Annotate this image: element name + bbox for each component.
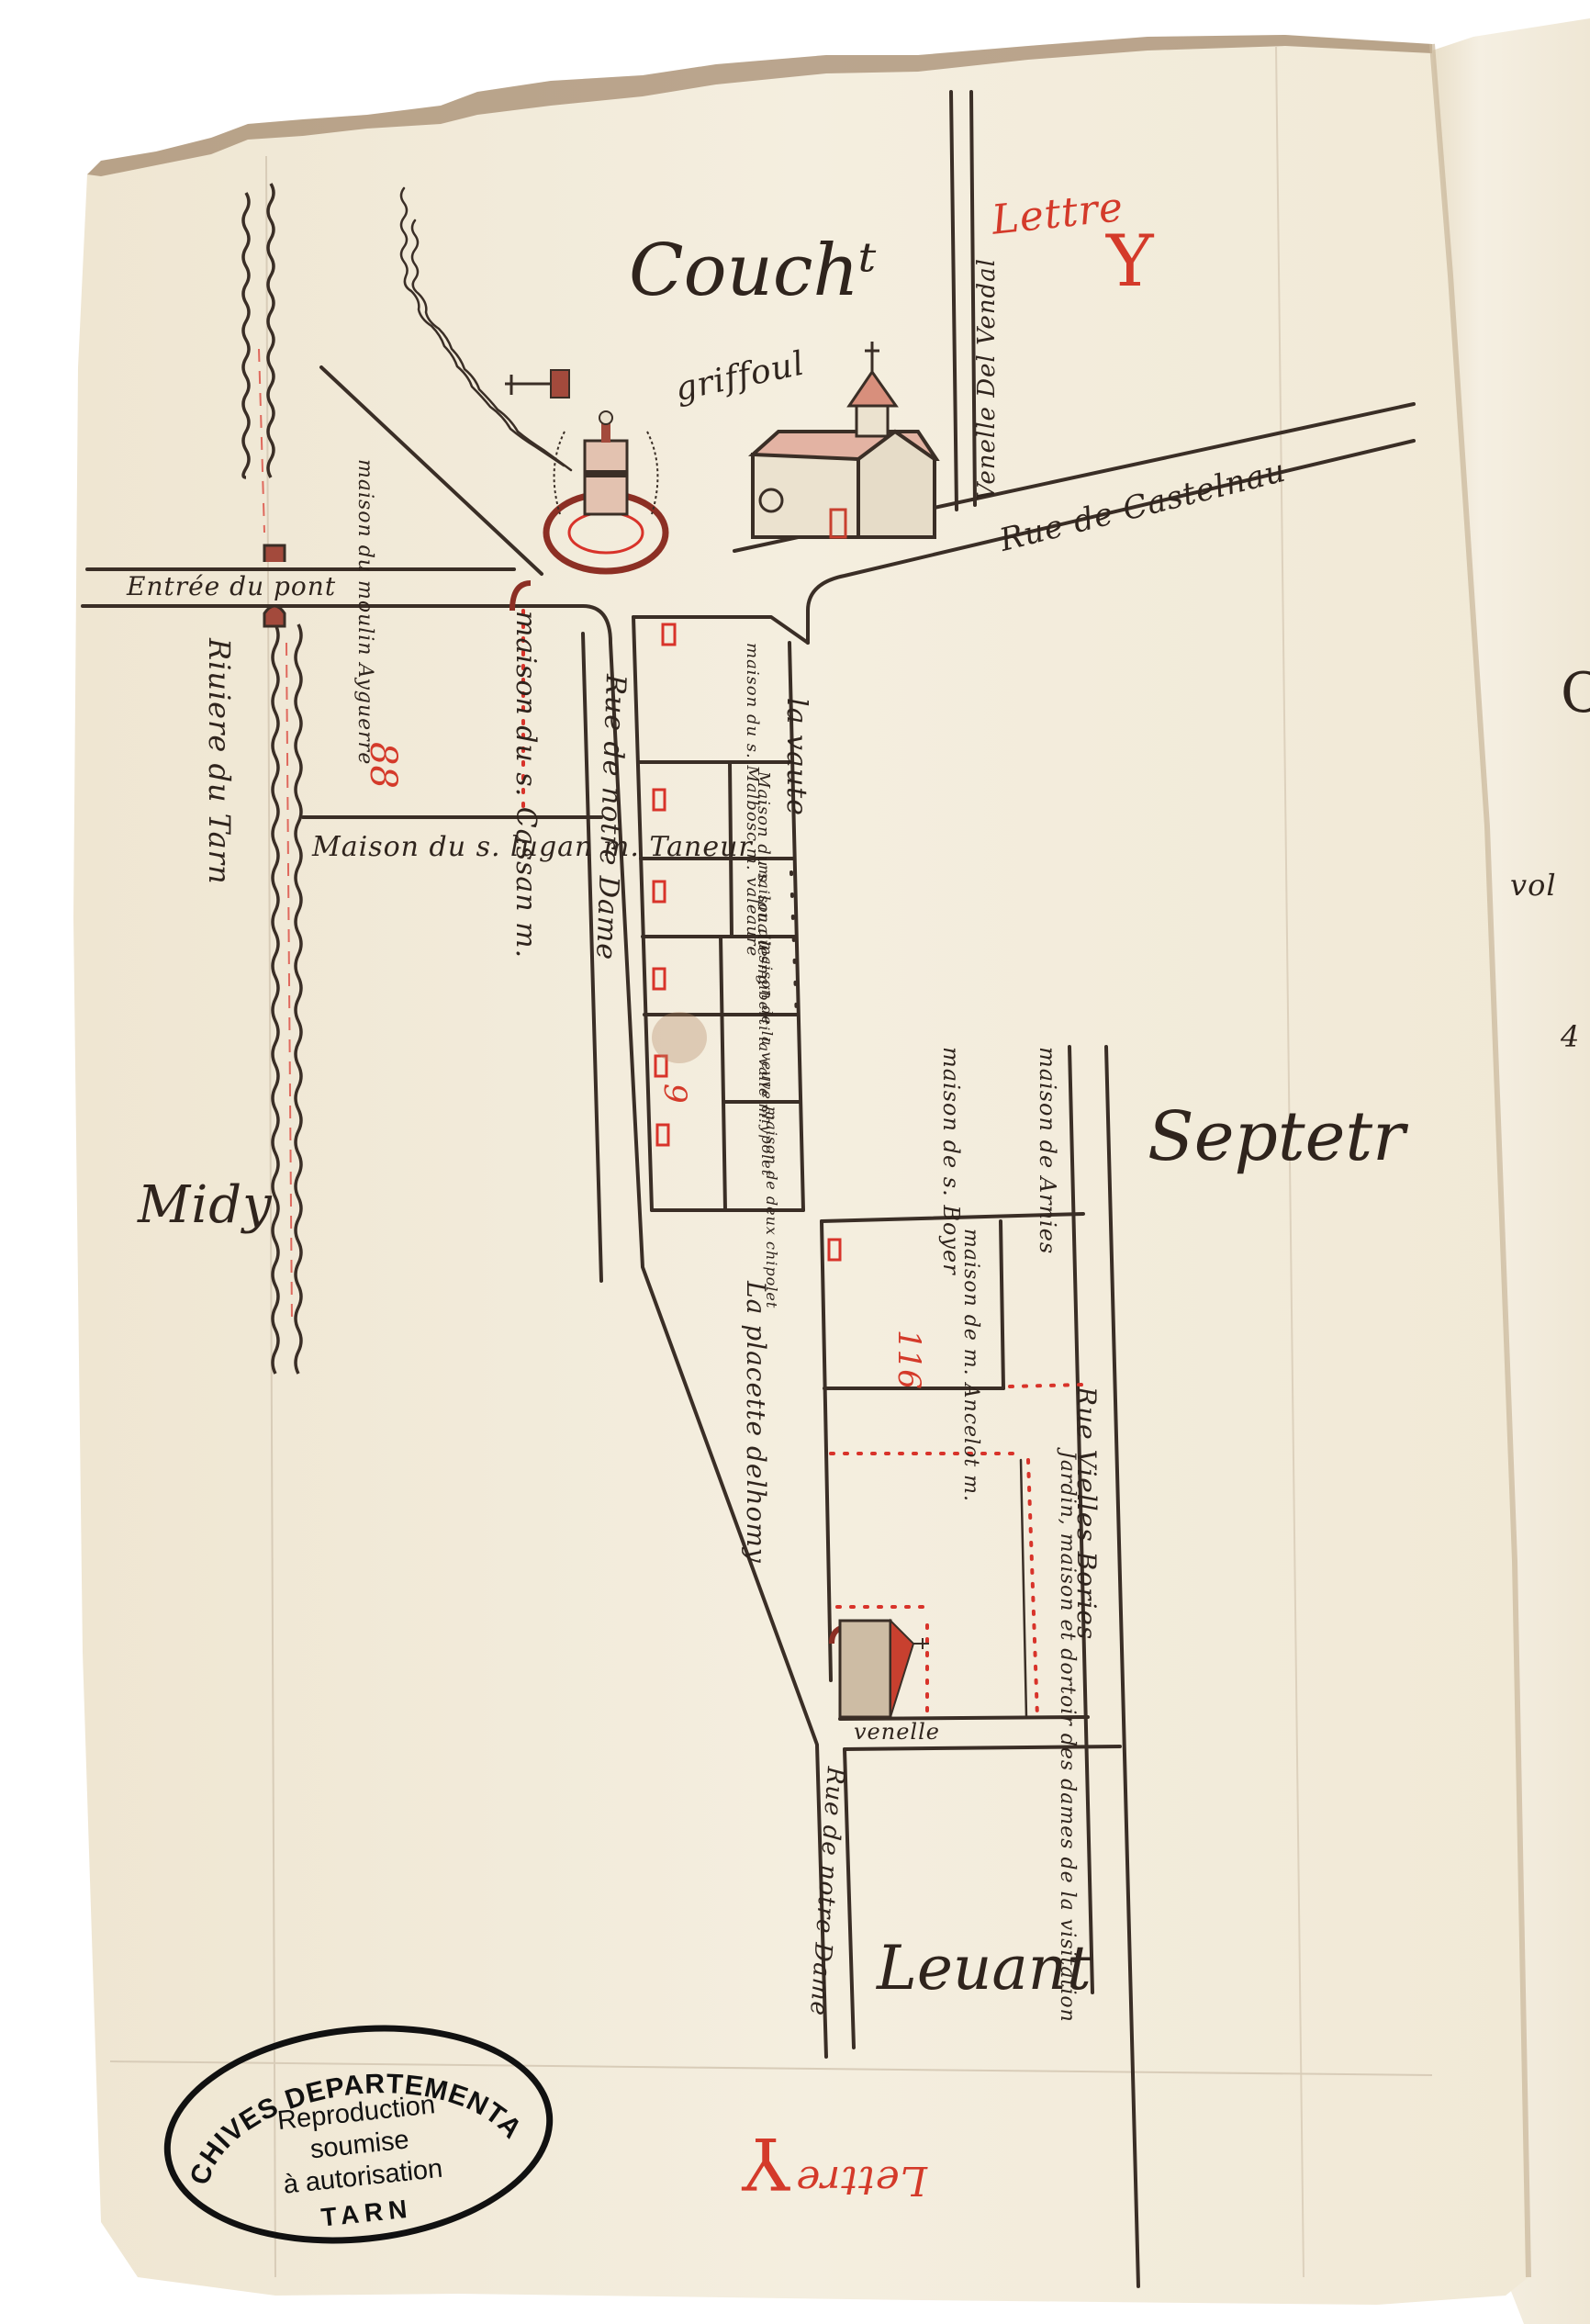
venelle-vendal-label: Venelle Del Vendal <box>973 258 1001 500</box>
adjacent-page-fragment-1: vol <box>1510 868 1557 903</box>
parcel-label-jardin: Jardin, maison et dortoir des dames de l… <box>1056 1451 1079 2023</box>
bridge-entrance-label: Entrée du pont <box>127 571 336 601</box>
venelle-label: venelle <box>854 1719 940 1745</box>
parcel-label-88: maison du s. Cassan m. <box>509 611 542 959</box>
adjacent-page-fragment-3: C <box>1561 661 1590 725</box>
parcel-number-88: 88 <box>362 742 404 789</box>
sheet-letter-bottom-prefix: Lettre <box>795 2157 927 2204</box>
compass-south-label: Midy <box>138 1175 273 1235</box>
compass-north-label: Septetr <box>1148 1097 1405 1176</box>
parcel-label-lugan: Maison du s. lugan m. Taneur <box>312 831 753 863</box>
moulin-label: maison du moulin Ayguerre <box>353 459 376 765</box>
adjacent-page-fragment-2: 4 <box>1561 1019 1580 1054</box>
sheet-letter-bottom: Y <box>742 2121 790 2204</box>
compass-west-label: Couchᵗ <box>629 230 877 312</box>
parcel-number-9: 9 <box>656 1083 693 1104</box>
river-tarn-label: Riuiere du Tarn <box>202 638 237 885</box>
la-vaute-label: la vaute <box>780 698 812 816</box>
parcel-label-deux-chipolet: maison de deux chipolet <box>763 1106 780 1308</box>
placette-label: La placette delhomy <box>741 1281 771 1564</box>
parcel-number-116: 116 <box>890 1330 927 1389</box>
sheet-letter-top: Y <box>1106 220 1155 303</box>
parcel-label-arnies: maison de Arnies <box>1035 1047 1060 1254</box>
parcel-label-116: maison de m. Ancelot m. <box>959 1229 982 1502</box>
